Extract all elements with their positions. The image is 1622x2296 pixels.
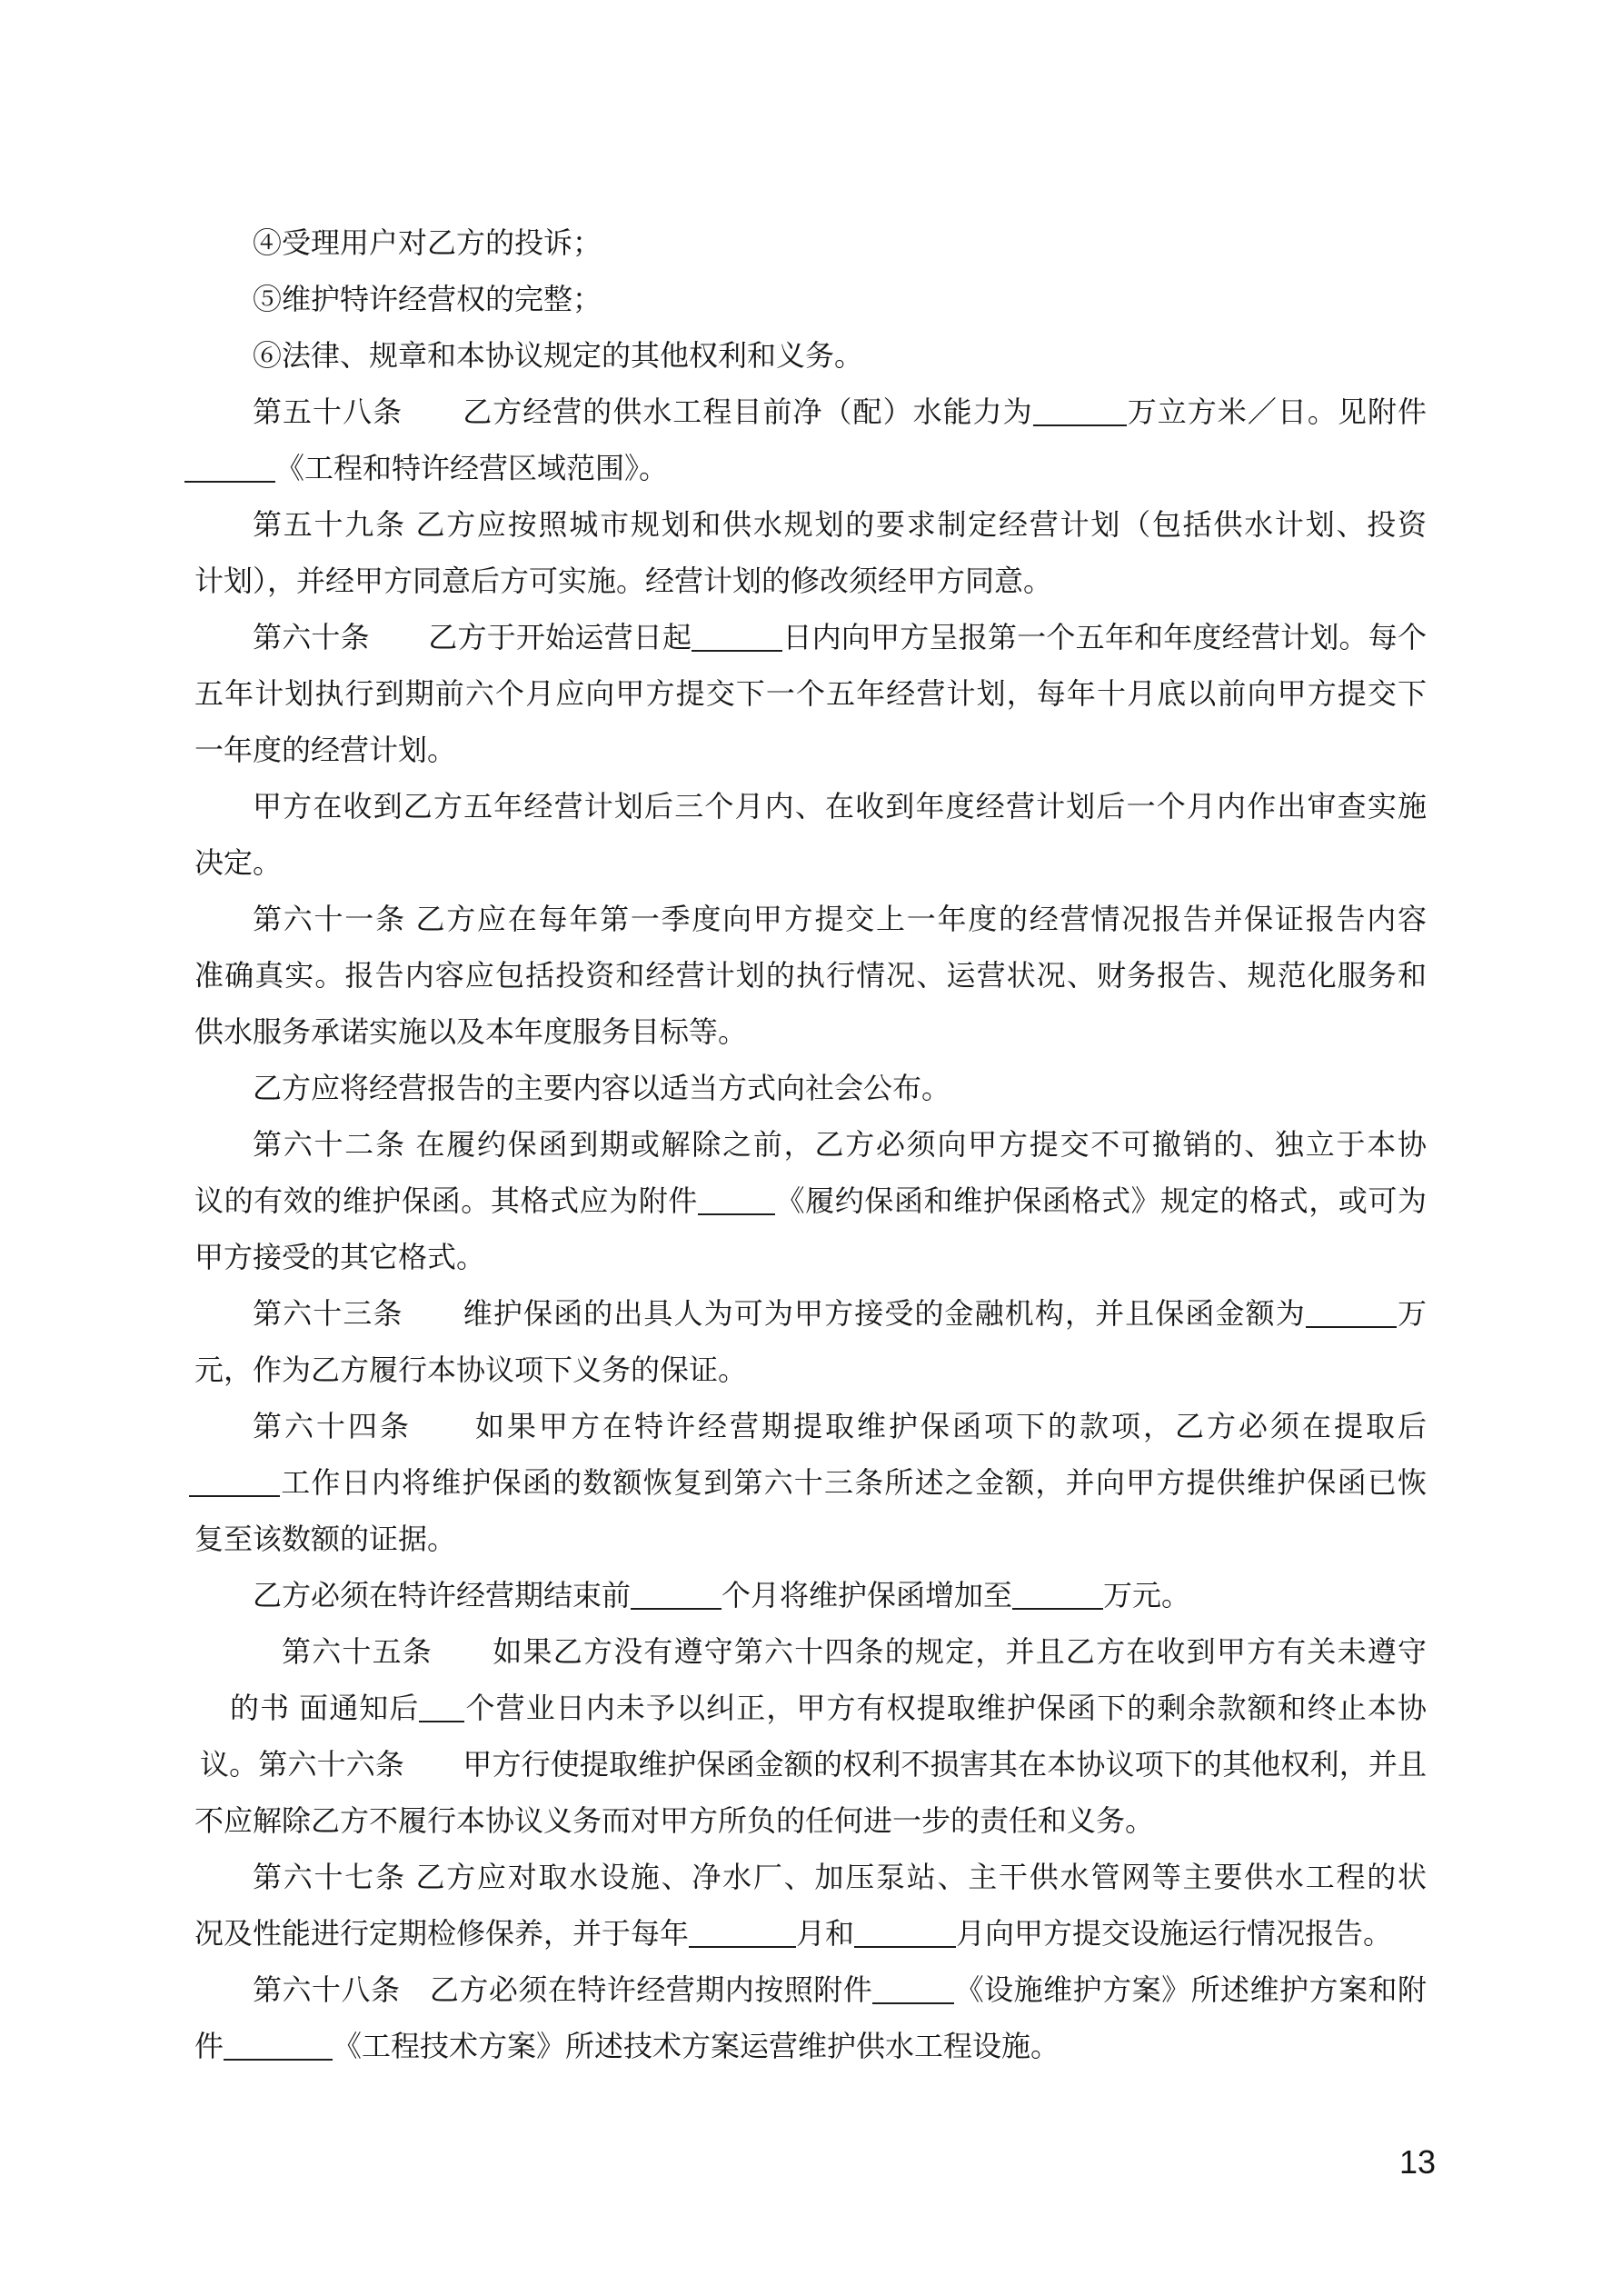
text-line: 甲方在收到乙方五年经营计划后三个月内、在收到年度经营计划后一个月内作出审查实施 xyxy=(194,778,1427,834)
text-line: 第六十一条 乙方应在每年第一季度向甲方提交上一年度的经营情况报告并保证报告内容 xyxy=(194,891,1427,947)
text-segment: 计划），并经甲方同意后方可实施。经营计划的修改须经甲方同意。 xyxy=(194,564,1052,597)
text-line: 第六十八条 乙方必须在特许经营期内按照附件《设施维护方案》所述维护方案和附 xyxy=(194,1962,1427,2018)
text-line: 复至该数额的证据。 xyxy=(194,1511,1427,1567)
blank-field xyxy=(189,1487,280,1497)
text-segment: 复至该数额的证据。 xyxy=(194,1522,456,1555)
text-segment: 甲方在收到乙方五年经营计划后三个月内、在收到年度经营计划后一个月内作出审查实施 xyxy=(253,790,1427,823)
text-segment: 《履约保函和维护保函格式》规定的格式，或可为 xyxy=(775,1184,1427,1217)
text-segment: 万立方米／日。见附件 xyxy=(1127,395,1427,428)
text-line: 五年计划执行到期前六个月应向甲方提交下一个五年经营计划，每年十月底以前向甲方提交… xyxy=(194,665,1427,722)
text-line: 第六十二条 在履约保函到期或解除之前，乙方必须向甲方提交不可撤销的、独立于本协 xyxy=(194,1116,1427,1173)
text-segment: 一年度的经营计划。 xyxy=(194,734,456,766)
text-line: ④受理用户对乙方的投诉； xyxy=(194,215,1427,271)
text-line: 决定。 xyxy=(194,834,1427,891)
text-segment: 第六十四条 如果甲方在特许经营期提取维护保函项下的款项，乙方必须在提取后 xyxy=(253,1410,1427,1442)
text-segment: 甲方接受的其它格式。 xyxy=(194,1241,485,1273)
text-segment: 第六十一条 乙方应在每年第一季度向甲方提交上一年度的经营情况报告并保证报告内容 xyxy=(253,903,1427,935)
text-segment: 个营业日内未予以纠正，甲方有权提取维护保函下的剩余款额和终止本协 xyxy=(464,1692,1427,1724)
text-segment: 议。第六十六条 甲方行使提取维护保函金额的权利不损害其在本协议项下的其他权利，并… xyxy=(200,1748,1427,1781)
text-line: 第五十八条 乙方经营的供水工程目前净（配）水能力为万立方米／日。见附件 xyxy=(194,384,1427,440)
text-segment: 况及性能进行定期检修保养，并于每年 xyxy=(194,1917,689,1950)
text-segment: 元，作为乙方履行本协议项下义务的保证。 xyxy=(194,1353,747,1386)
text-line: 第六十五条 如果乙方没有遵守第六十四条的规定，并且乙方在收到甲方有关未遵守 xyxy=(194,1623,1427,1680)
text-segment: 万元。 xyxy=(1103,1579,1190,1612)
text-segment: 供水服务承诺实施以及本年度服务目标等。 xyxy=(194,1015,747,1048)
text-segment: 乙方应将经营报告的主要内容以适当方式向社会公布。 xyxy=(253,1072,950,1104)
text-segment: 乙方必须在特许经营期结束前 xyxy=(253,1579,631,1612)
text-segment: 五年计划执行到期前六个月应向甲方提交下一个五年经营计划，每年十月底以前向甲方提交… xyxy=(194,677,1427,710)
text-segment: 第六十二条 在履约保函到期或解除之前，乙方必须向甲方提交不可撤销的、独立于本协 xyxy=(253,1128,1427,1161)
blank-field xyxy=(1012,1600,1103,1610)
text-segment: 第五十九条 乙方应按照城市规划和供水规划的要求制定经营计划（包括供水计划、投资 xyxy=(253,508,1427,541)
text-line: 件《工程技术方案》所述技术方案运营维护供水工程设施。 xyxy=(194,2018,1427,2074)
text-segment: 《工程技术方案》所述技术方案运营维护供水工程设施。 xyxy=(333,2030,1060,2062)
page-number: 13 xyxy=(1368,2143,1436,2181)
text-line: 供水服务承诺实施以及本年度服务目标等。 xyxy=(194,1003,1427,1060)
text-line: 计划），并经甲方同意后方可实施。经营计划的修改须经甲方同意。 xyxy=(194,553,1427,609)
text-segment: ⑥法律、规章和本协议规定的其他权利和义务。 xyxy=(253,339,863,372)
text-segment: 第六十条 乙方于开始运营日起 xyxy=(253,621,692,654)
text-segment: 不应解除乙方不履行本协议义务而对甲方所负的任何进一步的责任和义务。 xyxy=(194,1804,1154,1837)
blank-field xyxy=(419,1712,464,1722)
text-line: 《工程和特许经营区域范围》。 xyxy=(184,440,1427,496)
text-line: ⑤维护特许经营权的完整； xyxy=(194,271,1427,327)
text-segment: 第六十八条 乙方必须在特许经营期内按照附件 xyxy=(253,1973,872,2006)
text-line: 不应解除乙方不履行本协议义务而对甲方所负的任何进一步的责任和义务。 xyxy=(194,1792,1427,1849)
text-segment: 准确真实。报告内容应包括投资和经营计划的执行情况、运营状况、财务报告、规范化服务… xyxy=(194,959,1427,992)
text-segment: 《设施维护方案》所述维护方案和附 xyxy=(954,1973,1427,2006)
text-line: 工作日内将维护保函的数额恢复到第六十三条所述之金额，并向甲方提供维护保函已恢 xyxy=(189,1454,1427,1511)
text-segment: ⑤维护特许经营权的完整； xyxy=(253,283,602,315)
text-line: 第六十七条 乙方应对取水设施、净水厂、加压泵站、主干供水管网等主要供水工程的状 xyxy=(194,1849,1427,1905)
blank-field xyxy=(1033,416,1127,426)
document-page: ④受理用户对乙方的投诉；⑤维护特许经营权的完整；⑥法律、规章和本协议规定的其他权… xyxy=(0,0,1622,2296)
text-segment: 第六十七条 乙方应对取水设施、净水厂、加压泵站、主干供水管网等主要供水工程的状 xyxy=(253,1861,1427,1893)
text-line: 议的有效的维护保函。其格式应为附件《履约保函和维护保函格式》规定的格式，或可为 xyxy=(194,1173,1427,1229)
blank-field xyxy=(631,1600,721,1610)
text-line: 乙方必须在特许经营期结束前个月将维护保函增加至万元。 xyxy=(194,1567,1427,1623)
text-segment: 个月将维护保函增加至 xyxy=(721,1579,1012,1612)
blank-field xyxy=(224,2051,333,2061)
document-body: ④受理用户对乙方的投诉；⑤维护特许经营权的完整；⑥法律、规章和本协议规定的其他权… xyxy=(194,215,1427,2074)
text-line: 况及性能进行定期检修保养，并于每年月和月向甲方提交设施运行情况报告。 xyxy=(194,1905,1427,1962)
blank-field xyxy=(872,1994,954,2004)
text-line: 乙方应将经营报告的主要内容以适当方式向社会公布。 xyxy=(194,1060,1427,1116)
text-line: 准确真实。报告内容应包括投资和经营计划的执行情况、运营状况、财务报告、规范化服务… xyxy=(194,947,1427,1003)
text-segment: 工作日内将维护保函的数额恢复到第六十三条所述之金额，并向甲方提供维护保函已恢 xyxy=(280,1466,1427,1499)
text-line: ⑥法律、规章和本协议规定的其他权利和义务。 xyxy=(194,327,1427,384)
blank-field xyxy=(854,1938,956,1948)
text-segment: 第五十八条 乙方经营的供水工程目前净（配）水能力为 xyxy=(253,395,1033,428)
text-line: 第六十四条 如果甲方在特许经营期提取维护保函项下的款项，乙方必须在提取后 xyxy=(194,1398,1427,1454)
text-line: 第五十九条 乙方应按照城市规划和供水规划的要求制定经营计划（包括供水计划、投资 xyxy=(194,496,1427,553)
text-line: 第六十条 乙方于开始运营日起日内向甲方呈报第一个五年和年度经营计划。每个 xyxy=(194,609,1427,665)
text-segment: 议的有效的维护保函。其格式应为附件 xyxy=(194,1184,698,1217)
text-segment: ④受理用户对乙方的投诉； xyxy=(253,226,602,259)
blank-field xyxy=(698,1205,775,1215)
text-segment: 第六十五条 如果乙方没有遵守第六十四条的规定，并且乙方在收到甲方有关未遵守 xyxy=(282,1635,1427,1668)
text-line: 第六十三条 维护保函的出具人为可为甲方接受的金融机构，并且保函金额为万 xyxy=(194,1285,1427,1342)
text-segment: 月向甲方提交设施运行情况报告。 xyxy=(956,1917,1392,1950)
text-segment: 第六十三条 维护保函的出具人为可为甲方接受的金融机构，并且保函金额为 xyxy=(253,1297,1306,1330)
blank-field xyxy=(184,473,275,483)
blank-field xyxy=(1306,1318,1397,1328)
text-line: 议。第六十六条 甲方行使提取维护保函金额的权利不损害其在本协议项下的其他权利，并… xyxy=(194,1736,1427,1792)
text-line: 甲方接受的其它格式。 xyxy=(194,1229,1427,1285)
blank-field xyxy=(689,1938,796,1948)
blank-field xyxy=(692,642,782,652)
text-line: 一年度的经营计划。 xyxy=(194,722,1427,778)
text-line: 元，作为乙方履行本协议项下义务的保证。 xyxy=(194,1342,1427,1398)
text-segment: 万 xyxy=(1397,1297,1427,1330)
text-segment: 决定。 xyxy=(194,846,282,879)
text-segment: 月和 xyxy=(796,1917,854,1950)
text-segment: 的书 面通知后 xyxy=(230,1692,419,1724)
text-segment: 件 xyxy=(194,2030,224,2062)
text-line: 的书 面通知后个营业日内未予以纠正，甲方有权提取维护保函下的剩余款额和终止本协 xyxy=(194,1680,1427,1736)
text-segment: 日内向甲方呈报第一个五年和年度经营计划。每个 xyxy=(782,621,1427,654)
text-segment: 《工程和特许经营区域范围》。 xyxy=(275,452,668,484)
